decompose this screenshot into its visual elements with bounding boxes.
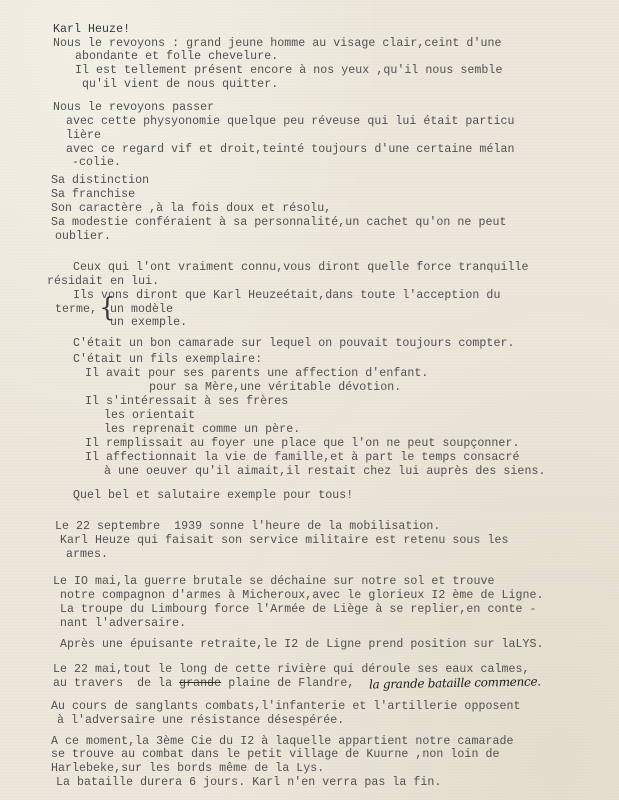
text-line: Le IO mai,la guerre brutale se déchaine … [53, 575, 494, 588]
text-line: La bataille durera 6 jours. Karl n'en ve… [56, 776, 441, 789]
text-line: Il est tellement présent encore à nos ye… [75, 64, 502, 77]
handwritten-annotation: la grande bataille commence. [369, 675, 541, 692]
text-line: terme, [55, 303, 97, 316]
text-line: résidait en lui. [47, 275, 159, 288]
text-line: Après une épuisante retraite,le I2 de Li… [60, 638, 544, 651]
struck-word: grande [179, 677, 221, 690]
text-line: notre compagnon d'armes à Micheroux,avec… [60, 589, 544, 602]
text-line: Il affectionnait la vie de famille,et à … [85, 451, 519, 464]
text-line: Il remplissait au foyer une place que l'… [85, 437, 519, 450]
text-line: un modèle [110, 303, 173, 316]
text-line: C'était un bon camarade sur lequel on po… [73, 337, 514, 350]
text-line: abondante et folle chevelure. [75, 50, 278, 63]
text-line: Au cours de sanglants combats,l'infanter… [51, 700, 521, 713]
text-fragment: au travers de la [53, 677, 179, 690]
text-line: Ceux qui l'ont vraiment connu,vous diron… [73, 261, 528, 274]
text-line: armes. [66, 548, 108, 561]
text-line: lière [66, 129, 101, 142]
text-line: Nous le revoyons passer [53, 101, 214, 114]
text-line: à une oeuver qu'il aimait,il restait che… [104, 465, 545, 478]
text-line: Le 22 septembre 1939 sonne l'heure de la… [55, 520, 440, 533]
text-line: se trouve au combat dans le petit villag… [51, 748, 499, 761]
text-line: Sa modestie conféraient à sa personnalit… [51, 216, 506, 229]
typewritten-page: Karl Heuze! Nous le revoyons : grand jeu… [0, 0, 619, 800]
text-line: -colie. [72, 156, 121, 169]
text-line: Sa franchise [51, 188, 135, 201]
text-line: nant l'adversaire. [60, 617, 186, 630]
text-fragment: plaine de Flandre, [228, 677, 354, 690]
text-line: Karl Heuze qui faisait son service milit… [60, 534, 508, 547]
text-line: Nous le revoyons : grand jeune homme au … [53, 37, 501, 50]
text-line: Il avait pour ses parents une affection … [85, 367, 428, 380]
text-line: Sa distinction [51, 174, 149, 187]
text-line: A ce moment,la 3ème Cie du I2 à laquelle… [51, 735, 514, 748]
text-line: pour sa Mère,une véritable dévotion. [149, 381, 401, 394]
text-line: au travers de la grande plaine de Flandr… [53, 677, 354, 690]
text-line: un exemple. [110, 316, 187, 329]
text-line: C'était un fils exemplaire: [73, 353, 262, 366]
text-line: les orientait [104, 409, 195, 422]
text-line: les reprenait comme un père. [104, 423, 300, 436]
text-line: oublier. [55, 230, 111, 243]
text-line: avec ce regard vif et droit,teinté toujo… [66, 143, 514, 156]
text-line: Il s'intéressait à ses frères [85, 395, 288, 408]
text-line: Le 22 mai,tout le long de cette rivière … [53, 663, 530, 676]
text-line: qu'il vient de nous quitter. [82, 78, 278, 91]
text-line: Quel bel et salutaire exemple pour tous! [73, 489, 353, 502]
text-line: Son caractère ,à la fois doux et résolu, [51, 202, 331, 215]
text-line: avec cette physyonomie quelque peu réveu… [66, 115, 514, 128]
text-line: La troupe du Limbourg force l'Armée de L… [60, 603, 537, 616]
text-line: Ils vons diront que Karl Heuzeétait,dans… [73, 289, 500, 302]
text-line: Harlebeke,sur les bords même de la Lys. [51, 762, 324, 775]
text-line: à l'adversaire une résistance désespérée… [57, 714, 344, 727]
heading-name: Karl Heuze! [53, 23, 130, 36]
